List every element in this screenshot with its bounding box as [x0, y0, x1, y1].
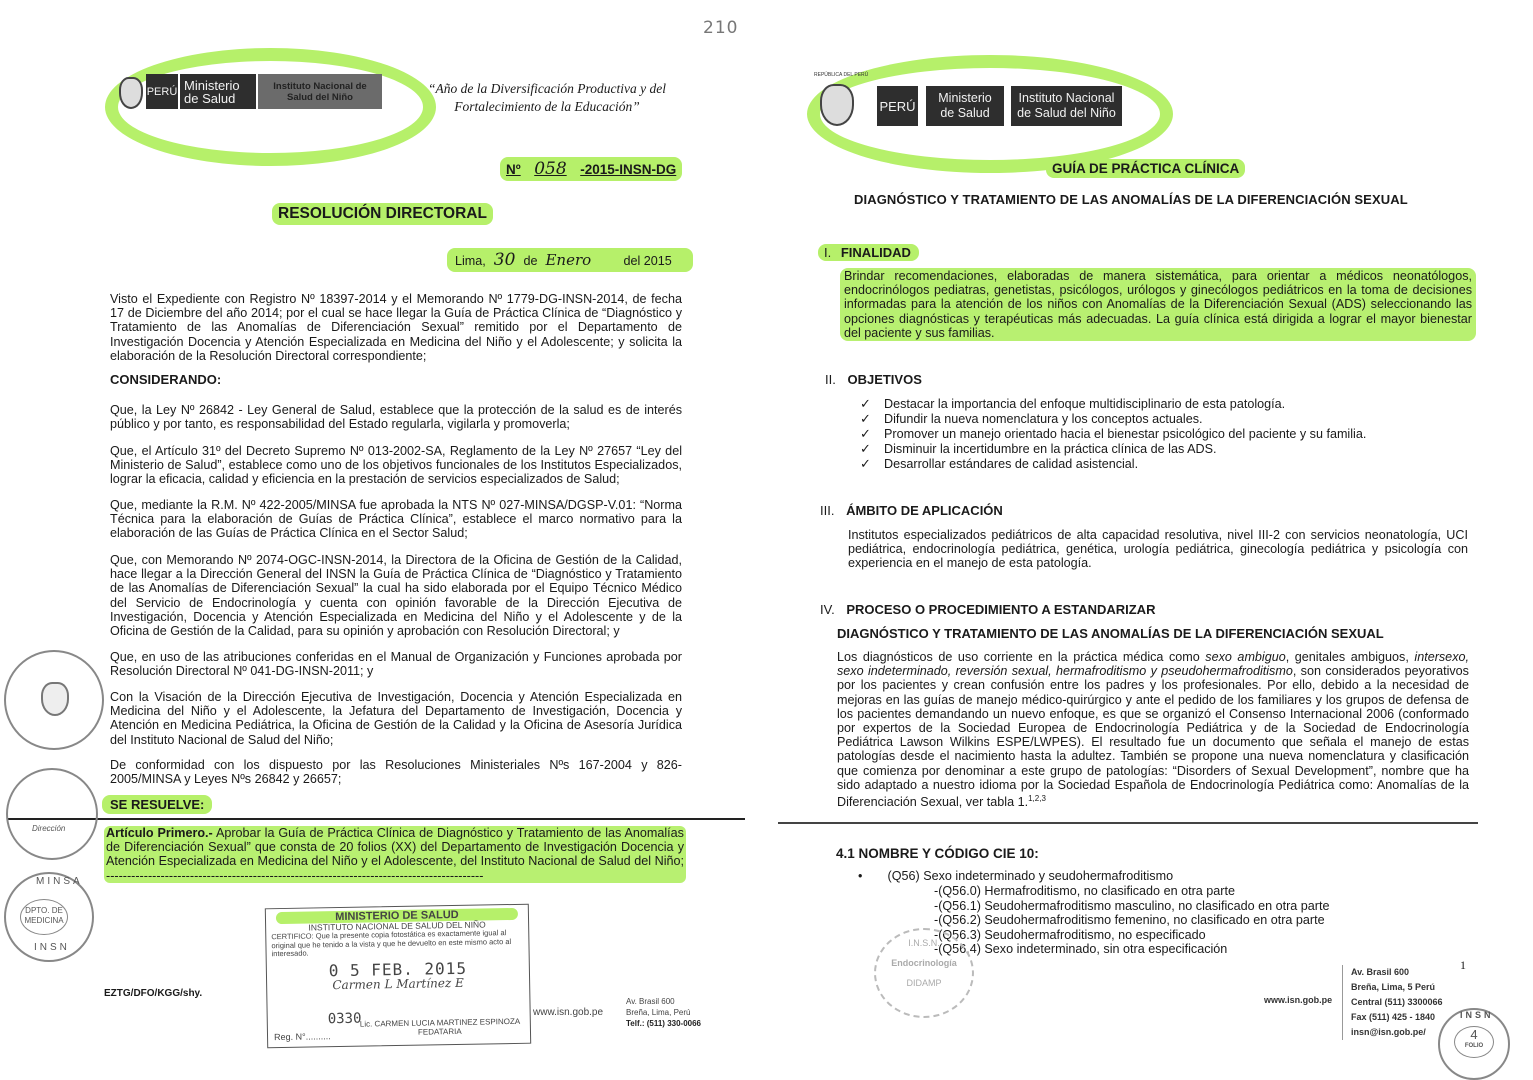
section-ambito-heading: III. ÁMBITO DE APLICACIÓN	[820, 503, 1003, 518]
citation-superscript: 1,2,3	[1028, 794, 1046, 803]
handwritten-day: 30	[494, 250, 516, 270]
stamp-date: 0 5 FEB. 2015	[267, 962, 529, 976]
logo-ministerio: Ministerio de Salud	[180, 74, 256, 109]
cie10-heading: 4.1 NOMBRE Y CÓDIGO CIE 10:	[836, 846, 1039, 861]
clinical-guide-page: REPÚBLICA DEL PERÚ PERÚ Ministerio de Sa…	[770, 0, 1533, 1080]
website: www.isn.gob.pe	[533, 1007, 603, 1018]
medicine-dept-stamp: MINSA DPTO. DE MEDICINA INSN	[4, 872, 94, 962]
considerando-3: Que, mediante la R.M. Nº 422-2005/MINSA …	[110, 498, 682, 541]
direction-stamp: Dirección	[6, 768, 98, 860]
list-item: ✓Desarrollar estándares de calidad asist…	[860, 457, 1480, 472]
quality-office-stamp	[4, 650, 104, 750]
resolution-number: Nº 058 -2015-INSN-DG	[500, 157, 682, 181]
proceso-text: Los diagnósticos de uso corriente en la …	[837, 650, 1469, 809]
considerando-heading: CONSIDERANDO:	[110, 372, 221, 387]
list-item: ✓Disminuir la incertidumbre en la prácti…	[860, 442, 1480, 457]
considerando-6: Con la Visación de la Dirección Ejecutiv…	[110, 690, 682, 747]
reg-number: 0330	[328, 1015, 362, 1025]
list-item: -(Q56.0) Hermafroditismo, no clasificado…	[858, 884, 1458, 899]
logo-instituto: Instituto Nacional de Salud del Niño	[1011, 86, 1122, 126]
considerando-4: Que, con Memorando Nº 2074-OGC-INSN-2014…	[110, 553, 682, 638]
section-proceso-heading: IV. PROCESO O PROCEDIMIENTO A ESTANDARIZ…	[820, 602, 1155, 617]
handwritten-number: 058	[524, 159, 576, 179]
logo-instituto: Instituto Nacional de Salud del Niño	[258, 74, 382, 109]
peru-crest-icon	[820, 84, 854, 126]
list-item: -(Q56.1) Seudohermafroditismo masculino,…	[858, 899, 1458, 914]
articulo-primero: Artículo Primero.- Aprobar la Guía de Pr…	[104, 826, 686, 883]
considerando-5: Que, en uso de las atribuciones conferid…	[110, 650, 682, 678]
checkmark-icon: ✓	[860, 456, 871, 471]
resolution-page: PERÚ Ministerio de Salud Instituto Nacio…	[0, 0, 770, 1080]
checkmark-icon: ✓	[860, 426, 871, 441]
logo-ministerio: Ministerio de Salud	[926, 86, 1004, 126]
list-item: ✓Destacar la importancia del enfoque mul…	[860, 397, 1480, 412]
document-title: DIAGNÓSTICO Y TRATAMIENTO DE LAS ANOMALÍ…	[854, 192, 1408, 207]
visto-paragraph: Visto el Expediente con Registro Nº 1839…	[110, 292, 682, 363]
ambito-text: Institutos especializados pediátricos de…	[848, 528, 1468, 571]
considerando-2: Que, el Artículo 31º del Decreto Supremo…	[110, 444, 682, 487]
document-type: GUÍA DE PRÁCTICA CLÍNICA	[1046, 159, 1245, 178]
list-item: • (Q56) Sexo indeterminado y seudohermaf…	[858, 869, 1458, 884]
se-resuelve-heading: SE RESUELVE:	[102, 795, 212, 814]
crest-icon	[41, 682, 69, 716]
section-finalidad-heading: I. FINALIDAD	[818, 244, 919, 261]
considerando-1: Que, la Ley Nº 26842 - Ley General de Sa…	[110, 403, 682, 431]
divider-line	[8, 818, 745, 820]
checkmark-icon: ✓	[860, 396, 871, 411]
bullet-icon: •	[858, 869, 884, 884]
checkmark-icon: ✓	[860, 411, 871, 426]
checkmark-icon: ✓	[860, 441, 871, 456]
list-item: ✓Promover un manejo orientado hacia el b…	[860, 427, 1480, 442]
website: www.isn.gob.pe	[1264, 995, 1332, 1005]
handwritten-month: Enero	[545, 251, 615, 269]
objectives-list: ✓Destacar la importancia del enfoque mul…	[860, 397, 1480, 472]
initials: EZTG/DFO/KGG/shy.	[104, 988, 202, 999]
folio-stamp: INSN 4 FOLIO	[1438, 1008, 1510, 1080]
folio-number: 4	[1455, 1027, 1493, 1043]
certification-stamp: MINISTERIO DE SALUD INSTITUTO NACIONAL D…	[265, 904, 531, 1049]
address-block: Av. Brasil 600 Breña, Lima, Perú Telf.: …	[626, 996, 701, 1029]
divider-line	[778, 822, 1478, 824]
considerando-7: De conformidad con los dispuesto por las…	[110, 758, 682, 786]
page-number: 1	[1460, 958, 1466, 973]
list-item: ✓Difundir la nueva nomenclatura y los co…	[860, 412, 1480, 427]
logo-peru: PERÚ	[146, 74, 178, 109]
endocrinology-stamp: I.N.S.N. Endocrinología DIDAMP	[874, 928, 974, 1018]
peru-crest-icon	[119, 77, 143, 109]
section-objetivos-heading: II. OBJETIVOS	[825, 372, 922, 387]
address-block: Av. Brasil 600 Breña, Lima, 5 Perú Centr…	[1342, 965, 1443, 1040]
signature: Carmen L Martínez E	[267, 977, 529, 991]
date-line: Lima, 30 de Enero del 2015	[447, 248, 693, 272]
logo-peru: PERÚ	[877, 86, 918, 126]
year-motto: “Año de la Diversificación Productiva y …	[412, 80, 682, 116]
document-title: RESOLUCIÓN DIRECTORAL	[272, 203, 493, 225]
list-item: -(Q56.2) Seudohermafroditismo femenino, …	[858, 913, 1458, 928]
crest-caption: REPÚBLICA DEL PERÚ	[814, 72, 868, 78]
finalidad-text: Brindar recomendaciones, elaboradas de m…	[840, 268, 1476, 341]
proceso-subheading: DIAGNÓSTICO Y TRATAMIENTO DE LAS ANOMALÍ…	[837, 626, 1384, 641]
